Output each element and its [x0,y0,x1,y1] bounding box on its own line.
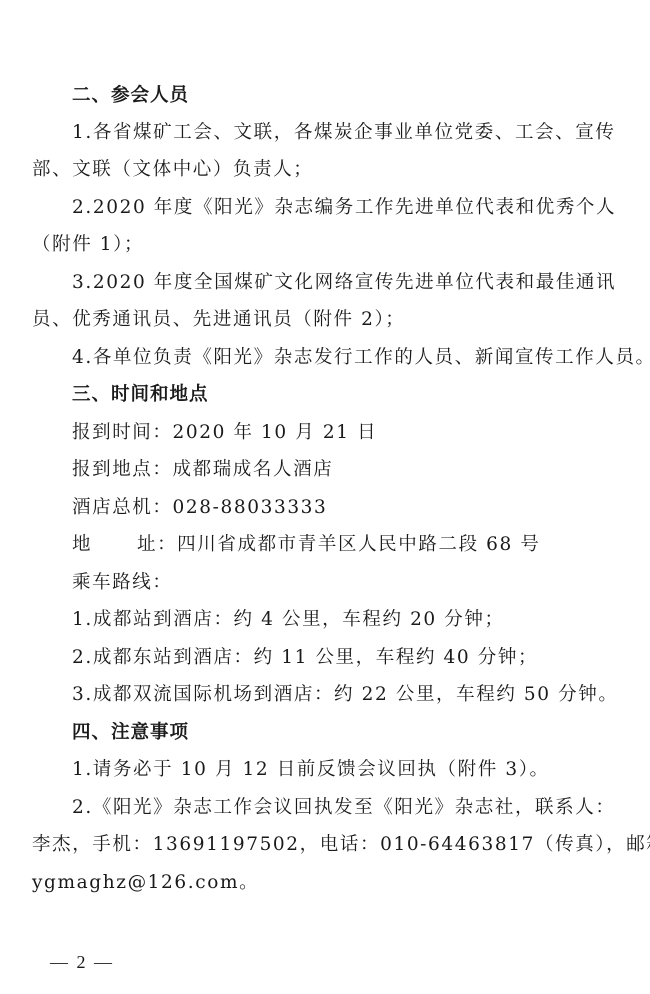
page-number: — 2 — [50,952,114,973]
section-heading-notes: 四、注意事项 [72,720,650,746]
route-2: 2.成都东站到酒店：约 11 公里，车程约 40 分钟； [72,645,650,671]
note-2-line-3: ygmaghz@126.com。 [32,870,622,896]
document-page: 二、参会人员 1.各省煤矿工会、文联，各煤炭企事业单位党委、工会、宣传 部、文联… [0,0,650,994]
section-heading-attendees: 二、参会人员 [72,83,650,109]
route-1: 1.成都站到酒店：约 4 公里，车程约 20 分钟； [72,607,650,633]
attendee-item-2-line-1: 2.2020 年度《阳光》杂志编务工作先进单位代表和优秀个人 [72,195,650,221]
attendee-item-3-line-2: 员、优秀通讯员、先进通讯员（附件 2）； [32,307,622,333]
attendee-item-2-line-2: （附件 1）； [32,232,622,258]
hotel-phone: 酒店总机：028-88033333 [72,495,650,521]
attendee-item-1-line-1: 1.各省煤矿工会、文联，各煤炭企事业单位党委、工会、宣传 [72,120,650,146]
route-3: 3.成都双流国际机场到酒店：约 22 公里，车程约 50 分钟。 [72,682,650,708]
attendee-item-4: 4.各单位负责《阳光》杂志发行工作的人员、新闻宣传工作人员。 [72,345,650,371]
section-heading-time-place: 三、时间和地点 [72,382,650,408]
note-2-line-1: 2.《阳光》杂志工作会议回执发至《阳光》杂志社，联系人： [72,795,650,821]
note-1: 1.请务必于 10 月 12 日前反馈会议回执（附件 3）。 [72,757,650,783]
checkin-time: 报到时间：2020 年 10 月 21 日 [72,420,650,446]
checkin-place: 报到地点：成都瑞成名人酒店 [72,457,650,483]
attendee-item-1-line-2: 部、文联（文体中心）负责人； [32,157,622,183]
note-2-line-2: 李杰，手机：13691197502，电话：010-64463817（传真），邮箱… [32,832,622,858]
hotel-address: 地 址：四川省成都市青羊区人民中路二段 68 号 [72,532,650,558]
route-label: 乘车路线： [72,570,650,596]
attendee-item-3-line-1: 3.2020 年度全国煤矿文化网络宣传先进单位代表和最佳通讯 [72,270,650,296]
